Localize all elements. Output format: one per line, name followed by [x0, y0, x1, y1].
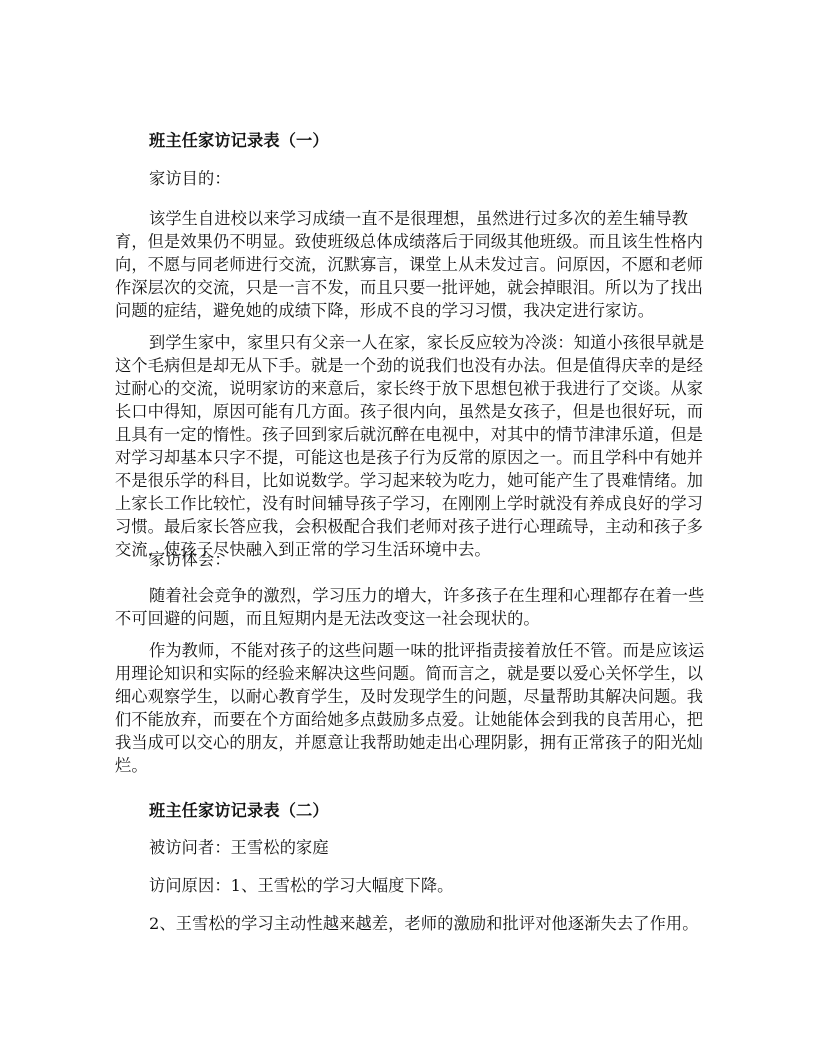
paragraph-line: 到学生家中，家里只有父亲一人在家，家长反应较为冷淡：知道小孩很早就是 — [149, 333, 704, 353]
paragraph-line: 们不能放弃，而要在个方面给她多点鼓励多点爱。让她能体会到我的良苦用心，把 — [115, 710, 703, 730]
paragraph-line: 不可回避的问题，而且短期内是无法改变这一社会现状的。 — [115, 609, 540, 629]
paragraph-line: 烂。 — [115, 756, 148, 776]
paragraph-line: 且具有一定的惰性。孩子回到家后就沉醉在电视中，对其中的情节津津乐道，但是 — [115, 425, 703, 445]
paragraph-line: 细心观察学生，以耐心教育学生，及时发现学生的问题，尽量帮助其解决问题。我 — [115, 687, 703, 707]
paragraph-line: 这个毛病但是却无从下手。就是一个劲的说我们也没有办法。但是值得庆幸的是经 — [115, 356, 703, 376]
paragraph-line: 对学习却基本只字不提，可能这也是孩子行为反常的原因之一。而且学科中有她并 — [115, 448, 703, 468]
paragraph-line: 用理论知识和实际的经验来解决这些问题。简而言之，就是要以爱心关怀学生，以 — [115, 664, 703, 684]
reflection-label: 家访体会： — [149, 550, 231, 570]
paragraph-line: 我当成可以交心的朋友，并愿意让我帮助她走出心理阴影，拥有正常孩子的阳光灿 — [115, 733, 703, 753]
paragraph-line: 向，不愿与同老师进行交流，沉默寡言，课堂上从未发过言。问原因，不愿和老师 — [115, 255, 703, 275]
purpose-label: 家访目的： — [149, 169, 231, 189]
visit-reason-1: 访问原因：1、王雪松的学习大幅度下降。 — [149, 876, 454, 896]
visit-reason-2: 2、王雪松的学习主动性越来越差，老师的激励和批评对他逐渐失去了作用。 — [149, 914, 699, 934]
paragraph-line: 问题的症结，避免她的成绩下降，形成不良的学习习惯，我决定进行家访。 — [115, 301, 654, 321]
paragraph-line: 习惯。最后家长答应我，会积极配合我们老师对孩子进行心理疏导，主动和孩子多 — [115, 517, 703, 537]
paragraph-line: 不是很乐学的科目，比如说数学。学习起来较为吃力，她可能产生了畏难情绪。加 — [115, 471, 703, 491]
section1-title: 班主任家访记录表（一） — [149, 131, 329, 151]
paragraph-line: 长口中得知，原因可能有几方面。孩子很内向，虽然是女孩子，但是也很好玩，而 — [115, 402, 703, 422]
paragraph-line: 上家长工作比较忙，没有时间辅导孩子学习，在刚刚上学时就没有养成良好的学习 — [115, 494, 703, 514]
paragraph-line: 作为教师，不能对孩子的这些问题一味的批评指责接着放任不管。而是应该运 — [149, 641, 704, 661]
paragraph-line: 该学生自进校以来学习成绩一直不是很理想，虽然进行过多次的差生辅导教 — [149, 209, 688, 229]
paragraph-line: 作深层次的交流，只是一言不发，而且只要一批评她，就会掉眼泪。所以为了找出 — [115, 278, 703, 298]
paragraph-line: 随着社会竞争的激烈，学习压力的增大，许多孩子在生理和心理都存在着一些 — [149, 586, 704, 606]
paragraph-line: 育，但是效果仍不明显。致使班级总体成绩落后于同级其他班级。而且该生性格内 — [115, 232, 703, 252]
paragraph-line: 过耐心的交流，说明家访的来意后，家长终于放下思想包袱于我进行了交谈。从家 — [115, 379, 703, 399]
section2-title: 班主任家访记录表（二） — [149, 801, 329, 821]
visitee-line: 被访问者：王雪松的家庭 — [149, 838, 329, 858]
